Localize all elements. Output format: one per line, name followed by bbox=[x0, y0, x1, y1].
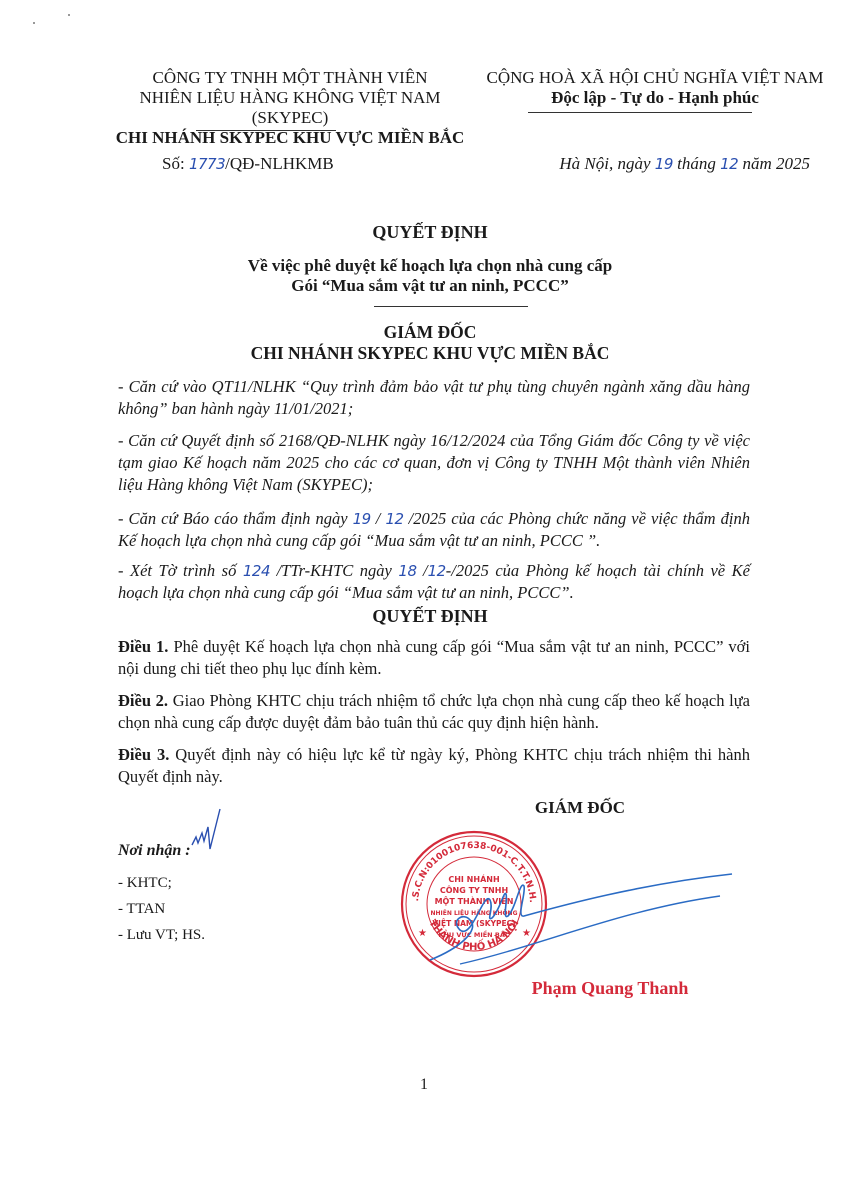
article-2: Điều 2. Giao Phòng KHTC chịu trách nhiệm… bbox=[118, 690, 750, 734]
legal-basis-4: - Xét Tờ trình số 124 /TTr-KHTC ngày 18 … bbox=[118, 560, 750, 604]
document-title: QUYẾT ĐỊNH bbox=[130, 222, 730, 243]
handwritten-signature bbox=[420, 860, 740, 970]
motto-underline bbox=[528, 112, 752, 113]
document-subject: Về việc phê duyệt kế hoạch lựa chọn nhà … bbox=[130, 256, 730, 296]
document-date: Hà Nội, ngày 19 tháng 12 năm 2025 bbox=[500, 154, 810, 174]
org-parent-line1: CÔNG TY TNHH MỘT THÀNH VIÊN bbox=[100, 68, 480, 88]
subject-underline bbox=[374, 306, 528, 307]
recipients-block: Nơi nhận : - KHTC; - TTAN - Lưu VT; HS. bbox=[118, 842, 378, 948]
org-branch: CHI NHÁNH SKYPEC KHU VỰC MIỀN BẮC bbox=[100, 128, 480, 148]
page-number: 1 bbox=[400, 1076, 448, 1094]
issuer-block: GIÁM ĐỐC CHI NHÁNH SKYPEC KHU VỰC MIỀN B… bbox=[130, 322, 730, 364]
recipient-item: - TTAN bbox=[118, 896, 378, 922]
org-underline bbox=[196, 130, 336, 131]
recipient-item: - Lưu VT; HS. bbox=[118, 922, 378, 948]
org-parent-line2: NHIÊN LIỆU HÀNG KHÔNG VIỆT NAM (SKYPEC) bbox=[100, 88, 480, 128]
legal-basis-3: - Căn cứ Báo cáo thẩm định ngày 19 / 12 … bbox=[118, 508, 750, 552]
handwritten-month: 12 bbox=[720, 155, 738, 173]
signer-name: Phạm Quang Thanh bbox=[470, 978, 750, 999]
organization-header: CÔNG TY TNHH MỘT THÀNH VIÊN NHIÊN LIỆU H… bbox=[100, 68, 480, 148]
national-name: CỘNG HOÀ XÃ HỘI CHỦ NGHĨA VIỆT NAM bbox=[470, 68, 840, 88]
title-block: QUYẾT ĐỊNH Về việc phê duyệt kế hoạch lự… bbox=[130, 222, 730, 296]
scan-speck bbox=[68, 14, 70, 16]
national-header: CỘNG HOÀ XÃ HỘI CHỦ NGHĨA VIỆT NAM Độc l… bbox=[470, 68, 840, 108]
decision-heading: QUYẾT ĐỊNH bbox=[130, 606, 730, 627]
national-motto: Độc lập - Tự do - Hạnh phúc bbox=[470, 88, 840, 108]
handwritten-day: 19 bbox=[655, 155, 673, 173]
initials-mark bbox=[190, 805, 226, 855]
article-1: Điều 1. Phê duyệt Kế hoạch lựa chọn nhà … bbox=[118, 636, 750, 680]
recipients-label: Nơi nhận : bbox=[118, 842, 378, 860]
article-3: Điều 3. Quyết định này có hiệu lực kể từ… bbox=[118, 744, 750, 788]
legal-basis-2: - Căn cứ Quyết định số 2168/QĐ-NLHK ngày… bbox=[118, 430, 750, 496]
signer-title: GIÁM ĐỐC bbox=[480, 798, 680, 818]
scan-speck bbox=[33, 22, 35, 24]
document-number: Số: 1773/QĐ-NLHKMB bbox=[162, 154, 334, 174]
recipient-item: - KHTC; bbox=[118, 870, 378, 896]
legal-basis-1: - Căn cứ vào QT11/NLHK “Quy trình đảm bả… bbox=[118, 376, 750, 420]
handwritten-number: 1773 bbox=[189, 155, 225, 173]
